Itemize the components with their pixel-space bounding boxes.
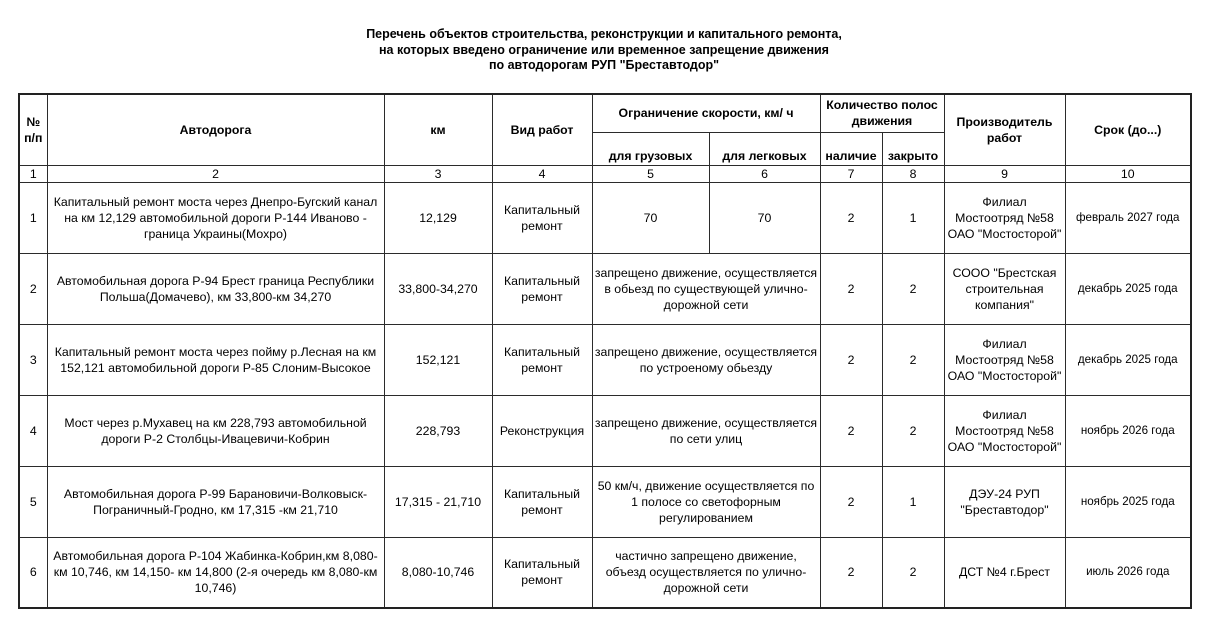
deadline-cell: декабрь 2025 года <box>1065 324 1191 395</box>
column-number-row: 1 2 3 4 5 6 7 8 9 10 <box>19 165 1191 182</box>
header-lanes: Количество полос движения <box>820 94 944 132</box>
column-number: 2 <box>47 165 384 182</box>
table-row: 4Мост через р.Мухавец на км 228,793 авто… <box>19 395 1191 466</box>
speed-trucks-cell: 70 <box>592 182 709 253</box>
work-type-cell: Капитальный ремонт <box>492 324 592 395</box>
deadline-cell: ноябрь 2025 года <box>1065 466 1191 537</box>
lanes-available-cell: 2 <box>820 253 882 324</box>
header-km: км <box>384 94 492 165</box>
speed-restriction-cell: частично запрещено движение, объезд осущ… <box>592 537 820 608</box>
column-number: 5 <box>592 165 709 182</box>
column-number: 1 <box>19 165 47 182</box>
title-line-1: Перечень объектов строительства, реконст… <box>0 27 1208 43</box>
contractor-cell: ДСТ №4 г.Брест <box>944 537 1065 608</box>
work-type-cell: Реконструкция <box>492 395 592 466</box>
lanes-available-cell: 2 <box>820 537 882 608</box>
row-num-cell: 4 <box>19 395 47 466</box>
km-cell: 33,800-34,270 <box>384 253 492 324</box>
speed-restriction-cell: запрещено движение, осуществляется в обь… <box>592 253 820 324</box>
row-num-cell: 2 <box>19 253 47 324</box>
lanes-closed-cell: 2 <box>882 537 944 608</box>
table-row: 6Автомобильная дорога Р-104 Жабинка-Кобр… <box>19 537 1191 608</box>
header-work-type: Вид работ <box>492 94 592 165</box>
road-cell: Автомобильная дорога Р-99 Барановичи-Вол… <box>47 466 384 537</box>
document-title: Перечень объектов строительства, реконст… <box>0 27 1208 74</box>
km-cell: 152,121 <box>384 324 492 395</box>
speed-restriction-cell: запрещено движение, осуществляется по ус… <box>592 324 820 395</box>
header-deadline: Срок (до...) <box>1065 94 1191 165</box>
deadline-cell: июль 2026 года <box>1065 537 1191 608</box>
road-cell: Автомобильная дорога Р-104 Жабинка-Кобри… <box>47 537 384 608</box>
row-num-cell: 3 <box>19 324 47 395</box>
lanes-closed-cell: 1 <box>882 466 944 537</box>
contractor-cell: Филиал Мостоотряд №58 ОАО "Мостосторой" <box>944 324 1065 395</box>
work-type-cell: Капитальный ремонт <box>492 253 592 324</box>
title-line-2: на которых введено ограничение или време… <box>0 43 1208 59</box>
header-speed-cars: для легковых <box>709 132 820 165</box>
column-number: 9 <box>944 165 1065 182</box>
contractor-cell: СООО "Брестская строительная компания" <box>944 253 1065 324</box>
header-num: № п/п <box>19 94 47 165</box>
title-line-3: по автодорогам РУП "Бреставтодор" <box>0 58 1208 74</box>
table-row: 3Капитальный ремонт моста через пойму р.… <box>19 324 1191 395</box>
lanes-available-cell: 2 <box>820 324 882 395</box>
lanes-closed-cell: 2 <box>882 324 944 395</box>
lanes-closed-cell: 1 <box>882 182 944 253</box>
header-speed-limit: Ограничение скорости, км/ ч <box>592 94 820 132</box>
deadline-cell: февраль 2027 года <box>1065 182 1191 253</box>
km-cell: 12,129 <box>384 182 492 253</box>
column-number: 8 <box>882 165 944 182</box>
work-type-cell: Капитальный ремонт <box>492 537 592 608</box>
lanes-closed-cell: 2 <box>882 395 944 466</box>
lanes-closed-cell: 2 <box>882 253 944 324</box>
table-row: 1Капитальный ремонт моста через Днепро-Б… <box>19 182 1191 253</box>
column-number: 6 <box>709 165 820 182</box>
km-cell: 17,315 - 21,710 <box>384 466 492 537</box>
row-num-cell: 6 <box>19 537 47 608</box>
work-type-cell: Капитальный ремонт <box>492 466 592 537</box>
header-contractor: Производитель работ <box>944 94 1065 165</box>
column-number: 10 <box>1065 165 1191 182</box>
work-type-cell: Капитальный ремонт <box>492 182 592 253</box>
speed-restriction-cell: запрещено движение, осуществляется по се… <box>592 395 820 466</box>
lanes-available-cell: 2 <box>820 466 882 537</box>
row-num-cell: 1 <box>19 182 47 253</box>
lanes-available-cell: 2 <box>820 395 882 466</box>
header-lanes-available: наличие <box>820 132 882 165</box>
lanes-available-cell: 2 <box>820 182 882 253</box>
road-cell: Автомобильная дорога Р-94 Брест граница … <box>47 253 384 324</box>
table-row: 2Автомобильная дорога Р-94 Брест граница… <box>19 253 1191 324</box>
km-cell: 228,793 <box>384 395 492 466</box>
header-lanes-closed: закрыто <box>882 132 944 165</box>
road-cell: Мост через р.Мухавец на км 228,793 автом… <box>47 395 384 466</box>
column-number: 3 <box>384 165 492 182</box>
row-num-cell: 5 <box>19 466 47 537</box>
restrictions-table: № п/п Автодорога км Вид работ Ограничени… <box>18 93 1192 609</box>
contractor-cell: Филиал Мостоотряд №58 ОАО "Мостосторой" <box>944 182 1065 253</box>
header-speed-trucks: для грузовых <box>592 132 709 165</box>
road-cell: Капитальный ремонт моста через пойму р.Л… <box>47 324 384 395</box>
km-cell: 8,080-10,746 <box>384 537 492 608</box>
header-row: № п/п Автодорога км Вид работ Ограничени… <box>19 94 1191 132</box>
speed-restriction-cell: 50 км/ч, движение осуществляется по 1 по… <box>592 466 820 537</box>
header-road: Автодорога <box>47 94 384 165</box>
road-cell: Капитальный ремонт моста через Днепро-Бу… <box>47 182 384 253</box>
contractor-cell: Филиал Мостоотряд №58 ОАО "Мостосторой" <box>944 395 1065 466</box>
deadline-cell: ноябрь 2026 года <box>1065 395 1191 466</box>
speed-cars-cell: 70 <box>709 182 820 253</box>
column-number: 4 <box>492 165 592 182</box>
column-number: 7 <box>820 165 882 182</box>
contractor-cell: ДЭУ-24 РУП "Бреставтодор" <box>944 466 1065 537</box>
table-row: 5Автомобильная дорога Р-99 Барановичи-Во… <box>19 466 1191 537</box>
deadline-cell: декабрь 2025 года <box>1065 253 1191 324</box>
